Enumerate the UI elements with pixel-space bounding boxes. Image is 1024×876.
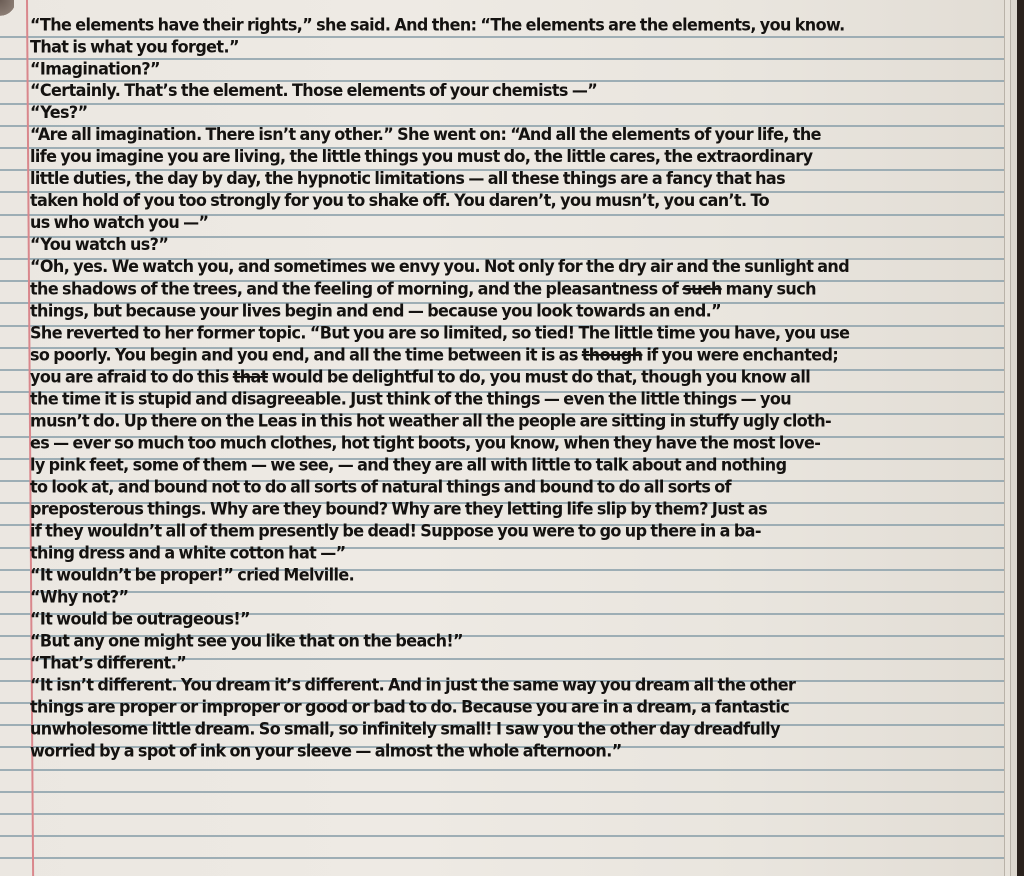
text-line: the time it is stupid and disagreeable. …	[30, 387, 1004, 410]
text-segment: would be delightful to do, you must do t…	[268, 367, 810, 387]
text-line: “The elements have their rights,” she sa…	[30, 13, 1004, 36]
text-line: so poorly. You begin and you end, and al…	[30, 343, 1004, 366]
text-segment: the shadows of the trees, and the feelin…	[30, 279, 682, 299]
text-line: “Why not?”	[30, 585, 1004, 608]
text-line: “It isn’t different. You dream it’s diff…	[30, 673, 1004, 696]
text-line: “Imagination?”	[30, 57, 1004, 80]
text-line: you are afraid to do this that would be …	[30, 365, 1004, 388]
text-line: taken hold of you too strongly for you t…	[30, 189, 1004, 212]
text-line: to look at, and bound not to do all sort…	[30, 475, 1004, 498]
text-line: things are proper or improper or good or…	[30, 695, 1004, 718]
text-segment: if you were enchanted;	[642, 345, 838, 365]
text-line: “You watch us?”	[30, 233, 1004, 256]
text-line: That is what you forget.”	[30, 35, 1004, 58]
text-line: “Certainly. That’s the element. Those el…	[30, 79, 1004, 102]
text-line: unwholesome little dream. So small, so i…	[30, 717, 1004, 740]
handwritten-text: “The elements have their rights,” she sa…	[30, 14, 1004, 762]
text-line: worried by a spot of ink on your sleeve …	[30, 739, 1004, 762]
text-line: “Oh, yes. We watch you, and sometimes we…	[30, 255, 1004, 278]
text-line: “It would be outrageous!”	[30, 607, 1004, 630]
text-segment: many such	[722, 279, 816, 299]
rule-line	[0, 835, 1004, 837]
text-line: “Yes?”	[30, 101, 1004, 124]
struck-word: though	[582, 345, 643, 365]
struck-word: that	[233, 367, 268, 387]
text-line: if they wouldn’t all of them presently b…	[30, 519, 1004, 542]
text-line: preposterous things. Why are they bound?…	[30, 497, 1004, 520]
text-line: little duties, the day by day, the hypno…	[30, 167, 1004, 190]
text-line: musn’t do. Up there on the Leas in this …	[30, 409, 1004, 432]
rule-line	[0, 857, 1004, 859]
text-line: ly pink feet, some of them — we see, — a…	[30, 453, 1004, 476]
page-edge	[1010, 0, 1017, 876]
notebook-page: “The elements have their rights,” she sa…	[0, 0, 1004, 876]
text-line: the shadows of the trees, and the feelin…	[30, 277, 1004, 300]
text-segment: you are afraid to do this	[30, 367, 233, 387]
text-line: us who watch you —”	[30, 211, 1004, 234]
text-line: things, but because your lives begin and…	[30, 299, 1004, 322]
text-line: She reverted to her former topic. “But y…	[30, 321, 1004, 344]
text-line: life you imagine you are living, the lit…	[30, 145, 1004, 168]
rule-line	[0, 813, 1004, 815]
text-line: “But any one might see you like that on …	[30, 629, 1004, 652]
text-line: “It wouldn’t be proper!” cried Melville.	[30, 563, 1004, 586]
text-line: “That’s different.”	[30, 651, 1004, 674]
rule-line	[0, 769, 1004, 771]
corner-ink-mark	[0, 0, 14, 22]
text-line: thing dress and a white cotton hat —”	[30, 541, 1004, 564]
rule-line	[0, 791, 1004, 793]
text-segment: so poorly. You begin and you end, and al…	[30, 345, 582, 365]
text-line: “Are all imagination. There isn’t any ot…	[30, 123, 1004, 146]
text-line: es — ever so much too much clothes, hot …	[30, 431, 1004, 454]
struck-word: such	[682, 279, 721, 299]
